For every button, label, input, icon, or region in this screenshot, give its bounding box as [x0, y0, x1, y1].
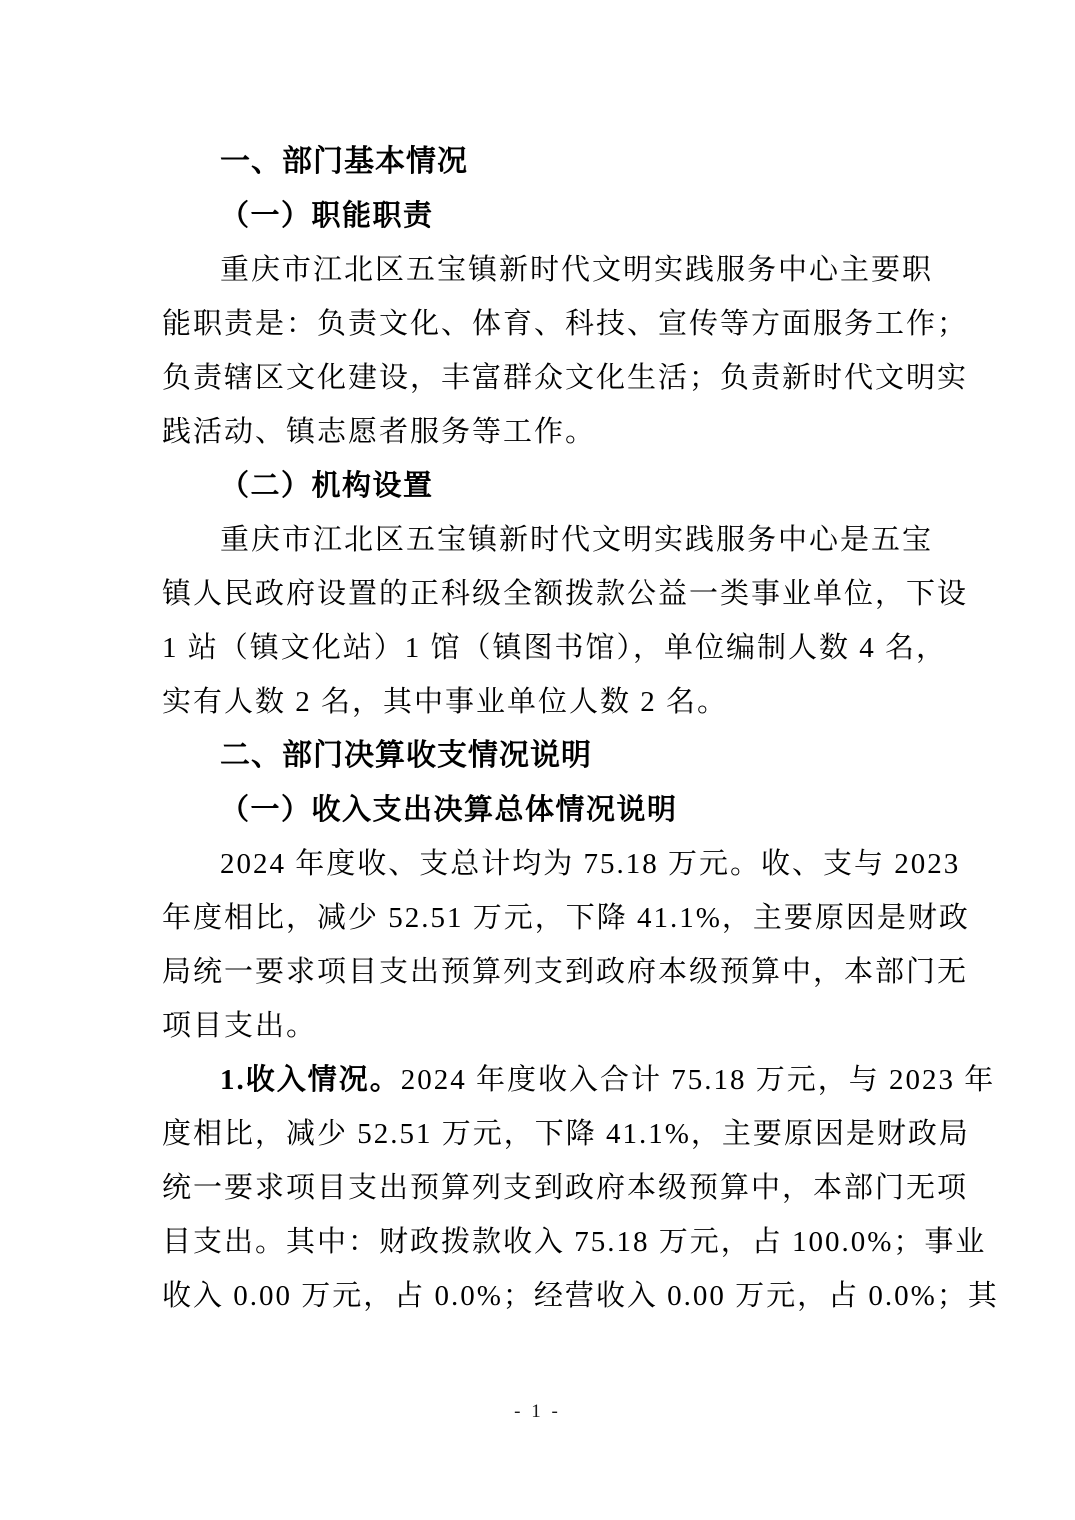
page-footer: - 1 -	[0, 1398, 1075, 1426]
section-heading-2: 二、部门决算收支情况说明	[162, 729, 918, 783]
paragraph-line: 年度相比，减少 52.51 万元，下降 41.1%，主要原因是财政	[162, 891, 918, 945]
paragraph-line: 统一要求项目支出预算列支到政府本级预算中，本部门无项	[162, 1161, 918, 1215]
paragraph-line: 局统一要求项目支出预算列支到政府本级预算中，本部门无	[162, 945, 918, 999]
subsection-heading-2-1: （一）收入支出决算总体情况说明	[162, 783, 918, 837]
paragraph-text: 2024 年度收入合计 75.18 万元，与 2023 年	[401, 1064, 996, 1096]
paragraph-line: 实有人数 2 名，其中事业单位人数 2 名。	[162, 675, 918, 729]
paragraph-line: 1 站（镇文化站）1 馆（镇图书馆），单位编制人数 4 名，	[162, 621, 918, 675]
paragraph-line: 项目支出。	[162, 999, 918, 1053]
numbered-item-label: 1.收入情况。	[220, 1064, 401, 1096]
document-page: 一、部门基本情况 （一）职能职责 重庆市江北区五宝镇新时代文明实践服务中心主要职…	[0, 0, 1075, 1520]
paragraph-line: 2024 年度收、支总计均为 75.18 万元。收、支与 2023	[162, 837, 918, 891]
paragraph-line: 能职责是：负责文化、体育、科技、宣传等方面服务工作；	[162, 297, 918, 351]
subsection-heading-1-2: （二）机构设置	[162, 459, 918, 513]
paragraph-line: 重庆市江北区五宝镇新时代文明实践服务中心是五宝	[162, 513, 918, 567]
paragraph-line: 负责辖区文化建设，丰富群众文化生活；负责新时代文明实	[162, 351, 918, 405]
paragraph-line: 践活动、镇志愿者服务等工作。	[162, 405, 918, 459]
paragraph-line: 收入 0.00 万元，占 0.0%；经营收入 0.00 万元，占 0.0%；其	[162, 1269, 918, 1323]
paragraph-line: 镇人民政府设置的正科级全额拨款公益一类事业单位，下设	[162, 567, 918, 621]
paragraph-line: 度相比，减少 52.51 万元，下降 41.1%，主要原因是财政局	[162, 1107, 918, 1161]
page-number: - 1 -	[514, 1401, 561, 1422]
section-heading-1: 一、部门基本情况	[162, 135, 918, 189]
paragraph-line: 目支出。其中：财政拨款收入 75.18 万元，占 100.0%；事业	[162, 1215, 918, 1269]
paragraph-line: 重庆市江北区五宝镇新时代文明实践服务中心主要职	[162, 243, 918, 297]
subsection-heading-1-1: （一）职能职责	[162, 189, 918, 243]
paragraph-line: 1.收入情况。2024 年度收入合计 75.18 万元，与 2023 年	[162, 1053, 918, 1107]
document-body: 一、部门基本情况 （一）职能职责 重庆市江北区五宝镇新时代文明实践服务中心主要职…	[162, 135, 918, 1323]
